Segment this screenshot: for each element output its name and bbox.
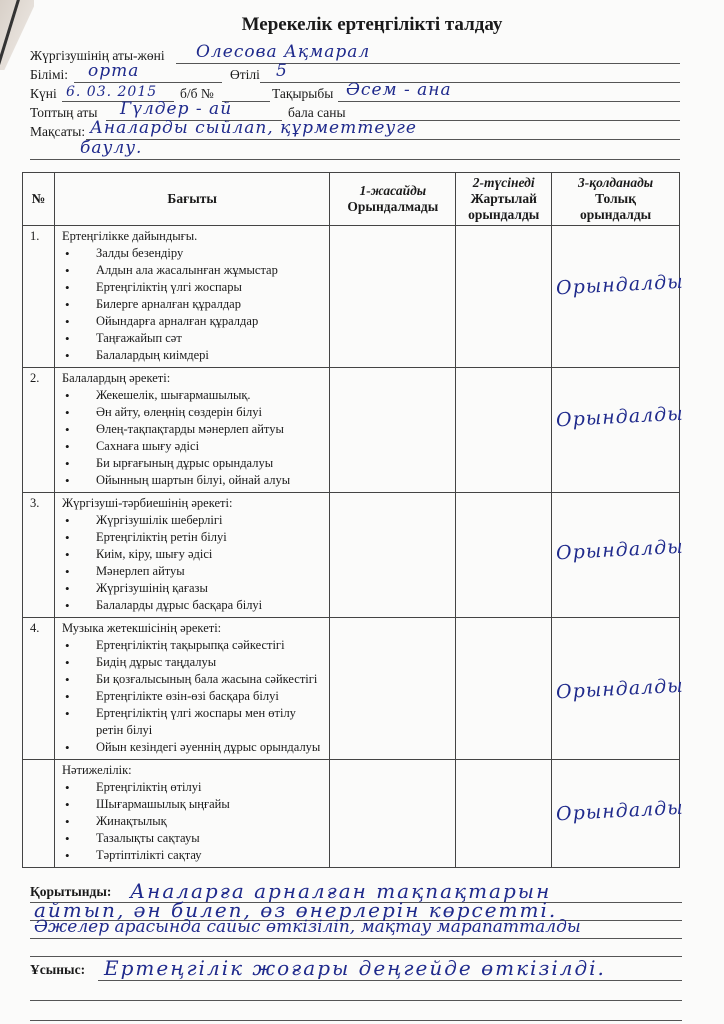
criteria-item: Мәнерлеп айтуы (62, 563, 325, 580)
table-row: Нәтижелілік:Ертеңгіліктің өтілуіШығармаш… (23, 760, 680, 868)
group-value[interactable]: Гүлдер - ай (120, 100, 232, 118)
table-row: 1.Ертеңгілікке дайындығы.Залды безендіру… (23, 226, 680, 368)
criteria-list: Ертеңгіліктің тақырыпқа сәйкестігіБидің … (62, 637, 325, 756)
row-col3-cell[interactable]: Орындалды (552, 226, 680, 368)
row-number: 4. (23, 618, 55, 760)
criteria-item: Бидің дұрыс таңдалуы (62, 654, 325, 671)
criteria-item: Ертеңгіліктің ретін білуі (62, 529, 325, 546)
criteria-item: Би қозғалысының бала жасына сәйкестігі (62, 671, 325, 688)
criteria-item: Балалардың киімдері (62, 347, 325, 364)
criteria-item: Билерге арналған құралдар (62, 296, 325, 313)
handwritten-mark: Орындалды (556, 271, 685, 300)
criteria-item: Алдын ала жасалынған жұмыстар (62, 262, 325, 279)
row-number: 3. (23, 493, 55, 618)
header-col2: 2-түсінеді Жартылай орындалды (456, 173, 552, 226)
row-number: 2. (23, 368, 55, 493)
criteria-item: Шығармашылық ыңғайы (62, 796, 325, 813)
section-title: Музыка жетекшісінің әрекеті: (62, 620, 325, 637)
goal-value-line2[interactable]: баулу. (80, 139, 142, 157)
topic-label: Тақырыбы (272, 85, 333, 103)
table-header-row: № Бағыты 1-жасайды Орындалмады 2-түсінед… (23, 173, 680, 226)
page-title: Мерекелік ертеңгілікті талдау (0, 14, 724, 36)
goal-field-cont: баулу. (30, 143, 680, 161)
row-col1-cell[interactable] (330, 368, 456, 493)
education-value[interactable]: орта (88, 62, 139, 80)
education-label: Білімі: (30, 66, 68, 84)
goal-label: Мақсаты: (30, 123, 85, 141)
row-direction: Жүргізуші-тәрбиешінің әрекеті:Жүргізушіл… (54, 493, 329, 618)
table-row: 4.Музыка жетекшісінің әрекеті:Ертеңгілік… (23, 618, 680, 760)
criteria-item: Ертеңгіліктің үлгі жоспары мен өтілу рет… (62, 705, 325, 739)
handwritten-mark: Орындалды (556, 675, 685, 704)
row-col3-cell[interactable]: Орындалды (552, 368, 680, 493)
suggestion-label: Ұсыныс: (30, 962, 85, 978)
criteria-item: Ертеңгіліктің өтілуі (62, 779, 325, 796)
criteria-item: Тәртіптілікті сақтау (62, 847, 325, 864)
row-col3-cell[interactable]: Орындалды (552, 760, 680, 868)
header-direction: Бағыты (54, 173, 329, 226)
row-direction: Балалардың әрекеті:Жекешелік, шығармашыл… (54, 368, 329, 493)
criteria-item: Ертеңгіліктің тақырыпқа сәйкестігі (62, 637, 325, 654)
row-col3-cell[interactable]: Орындалды (552, 493, 680, 618)
criteria-item: Ойындарға арналған құралдар (62, 313, 325, 330)
row-number: 1. (23, 226, 55, 368)
date-label: Күні (30, 85, 57, 103)
criteria-item: Киім, кіру, шығу әдісі (62, 546, 325, 563)
conclusion-line3[interactable]: Әжелер арасында сайыс өткізіліп, мақтау … (34, 917, 581, 937)
handwritten-mark: Орындалды (556, 797, 685, 826)
criteria-item: Тазалықты сақтауы (62, 830, 325, 847)
evaluation-table: № Бағыты 1-жасайды Орындалмады 2-түсінед… (22, 172, 680, 868)
row-col1-cell[interactable] (330, 618, 456, 760)
experience-value[interactable]: 5 (276, 62, 288, 80)
row-col2-cell[interactable] (456, 760, 552, 868)
criteria-list: Ертеңгіліктің өтілуіШығармашылық ыңғайыЖ… (62, 779, 325, 864)
goal-value-line1[interactable]: Аналарды сыйлап, құрметтеуге (90, 119, 417, 137)
row-col3-cell[interactable]: Орындалды (552, 618, 680, 760)
row-col1-cell[interactable] (330, 226, 456, 368)
criteria-item: Залды безендіру (62, 245, 325, 262)
handwritten-mark: Орындалды (556, 536, 685, 565)
section-title: Жүргізуші-тәрбиешінің әрекеті: (62, 495, 325, 512)
criteria-item: Жинақтылық (62, 813, 325, 830)
row-col1-cell[interactable] (330, 760, 456, 868)
criteria-item: Ертеңгіліктің үлгі жоспары (62, 279, 325, 296)
row-number (23, 760, 55, 868)
header-number: № (23, 173, 55, 226)
row-col2-cell[interactable] (456, 618, 552, 760)
topic-value[interactable]: Әсем - ана (346, 81, 452, 99)
criteria-item: Жүргізушінің қағазы (62, 580, 325, 597)
criteria-item: Сахнаға шығу әдісі (62, 438, 325, 455)
criteria-item: Ойын кезіндегі әуеннің дұрыс орындалуы (62, 739, 325, 756)
header-col3: 3-қолданады Толық орындалды (552, 173, 680, 226)
table-body: 1.Ертеңгілікке дайындығы.Залды безендіру… (23, 226, 680, 868)
experience-label: Өтілі (230, 66, 260, 84)
suggestion-line1[interactable]: Ертеңгілік жоғары деңгейде өткізілді. (104, 956, 606, 980)
criteria-item: Би ырғағының дұрыс орындалуы (62, 455, 325, 472)
section-title: Нәтижелілік: (62, 762, 325, 779)
criteria-item: Балаларды дұрыс басқара білуі (62, 597, 325, 614)
table-row: 2.Балалардың әрекеті:Жекешелік, шығармаш… (23, 368, 680, 493)
criteria-item: Ойынның шартын білуі, ойнай алуы (62, 472, 325, 489)
criteria-list: Жүргізушілік шеберлігіЕртеңгіліктің реті… (62, 512, 325, 614)
criteria-item: Жүргізушілік шеберлігі (62, 512, 325, 529)
row-col1-cell[interactable] (330, 493, 456, 618)
leader-value[interactable]: Олесова Ақмарал (196, 43, 370, 61)
row-col2-cell[interactable] (456, 226, 552, 368)
criteria-list: Залды безендіруАлдын ала жасалынған жұмы… (62, 245, 325, 364)
criteria-item: Ән айту, өлеңнің сөздерін білуі (62, 404, 325, 421)
row-direction: Музыка жетекшісінің әрекеті:Ертеңгілікті… (54, 618, 329, 760)
section-title: Балалардың әрекеті: (62, 370, 325, 387)
row-col2-cell[interactable] (456, 493, 552, 618)
handwritten-mark: Орындалды (556, 403, 685, 432)
section-title: Ертеңгілікке дайындығы. (62, 228, 325, 245)
criteria-item: Таңғажайып сәт (62, 330, 325, 347)
table-row: 3.Жүргізуші-тәрбиешінің әрекеті:Жүргізуш… (23, 493, 680, 618)
criteria-item: Өлең-тақпақтарды мәнерлеп айтуы (62, 421, 325, 438)
row-col2-cell[interactable] (456, 368, 552, 493)
row-direction: Ертеңгілікке дайындығы.Залды безендіруАл… (54, 226, 329, 368)
criteria-list: Жекешелік, шығармашылық.Ән айту, өлеңнің… (62, 387, 325, 489)
group-label: Топтың аты (30, 104, 97, 122)
criteria-item: Жекешелік, шығармашылық. (62, 387, 325, 404)
header-col1: 1-жасайды Орындалмады (330, 173, 456, 226)
criteria-item: Ертеңгілікте өзін-өзі басқара білуі (62, 688, 325, 705)
row-direction: Нәтижелілік:Ертеңгіліктің өтілуіШығармаш… (54, 760, 329, 868)
